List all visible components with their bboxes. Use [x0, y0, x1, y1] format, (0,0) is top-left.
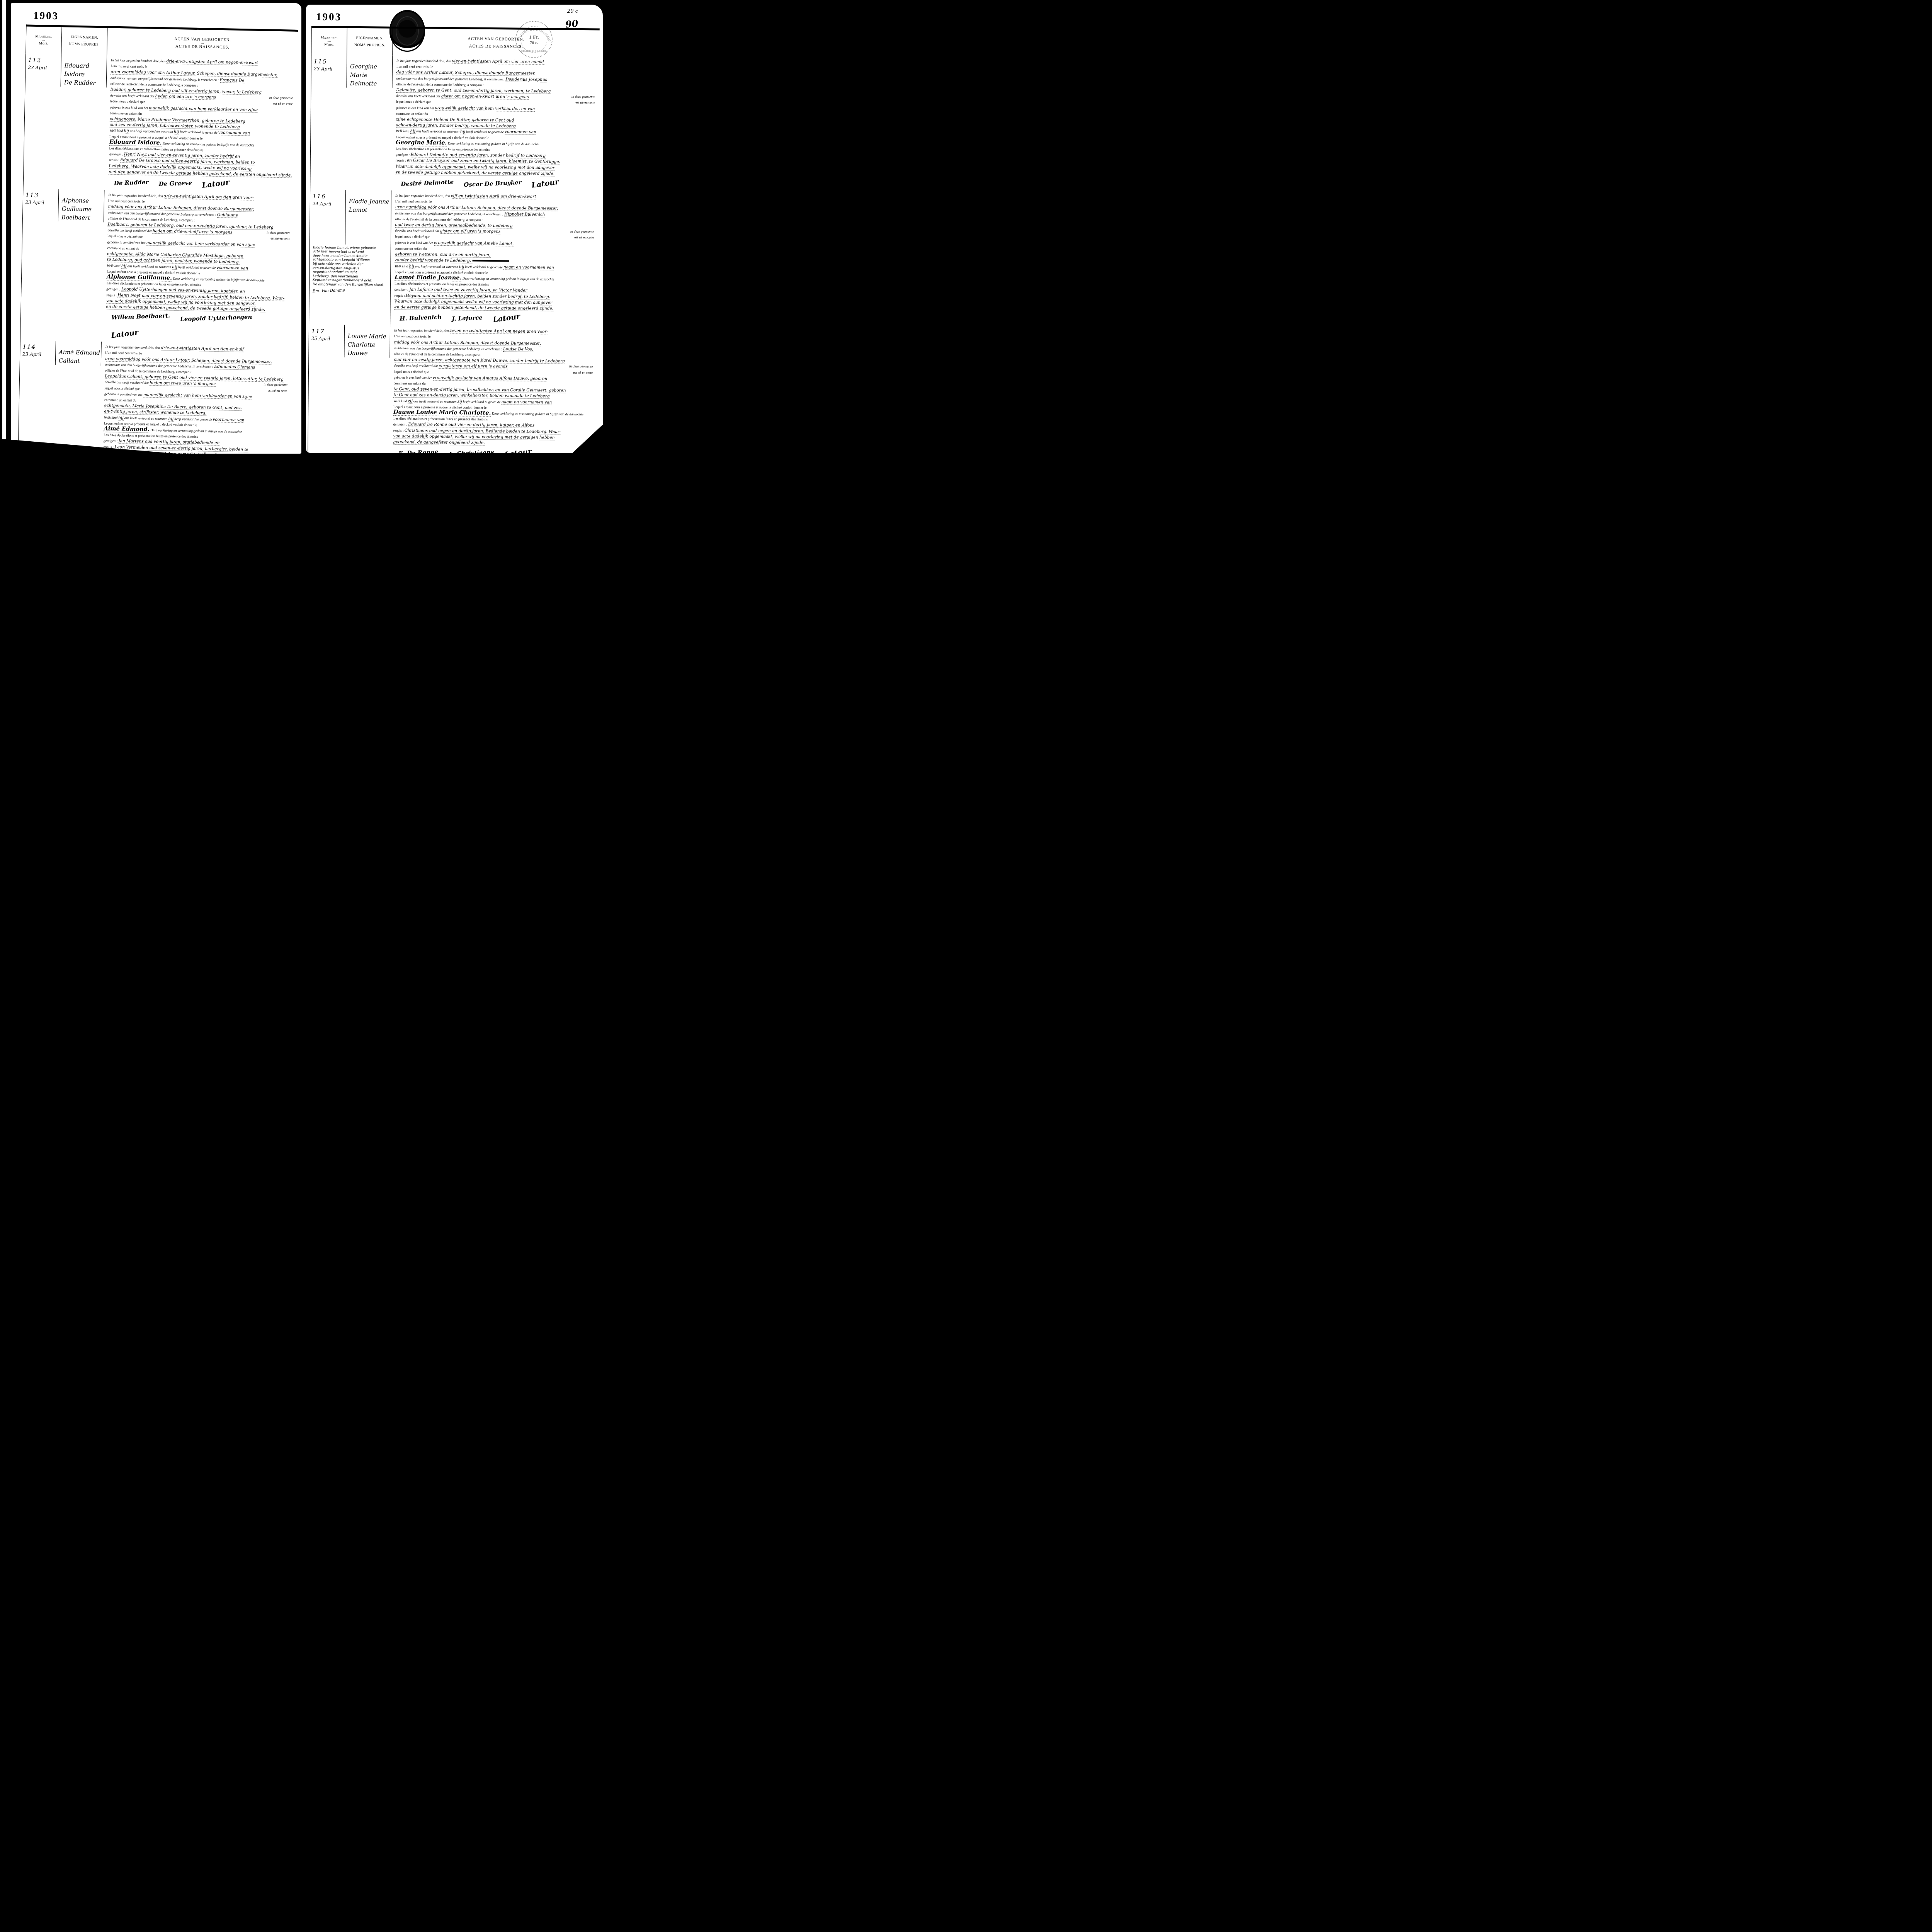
printed-french-text: requis :	[106, 293, 117, 297]
signatures-row: H. BulvenichJ. LaforceLatour	[400, 313, 594, 323]
child-name-line: De Rudder	[64, 78, 105, 87]
printed-french-text: est né en cette	[270, 236, 290, 241]
child-names-cell: Louise MarieCharlotteDauwe	[344, 325, 390, 358]
printed-french-text: Les dites déclarations et présentation f…	[393, 417, 488, 421]
printed-french-text: lequel nous a déclaré que	[105, 386, 140, 391]
child-names-cell: AlphonseGuillaumeBoelbaert	[58, 189, 105, 222]
act-number: 115	[314, 58, 346, 65]
printed-dutch-text: geboren is een kind van het	[395, 241, 434, 245]
printed-french-text: Les dites déclarations et présentation f…	[395, 282, 489, 286]
birth-act-entry: 11223 AprilEdouardIsidoreDe RudderIn het…	[23, 53, 298, 194]
act-text-cell: In het jaar negentien honderd drie, den …	[104, 55, 298, 193]
handwritten-text: voornamen van	[218, 130, 250, 136]
printed-dutch-text: in deze gemeente	[569, 364, 593, 369]
handwritten-text: hij	[118, 415, 124, 420]
printed-french-text: lequel nous a déclaré que	[394, 369, 429, 374]
ink-rule	[473, 260, 509, 262]
margin-note-signature: Em. Van Damme	[313, 287, 389, 293]
printed-dutch-text: ons heeft vertoond en waaraan	[415, 129, 460, 134]
child-name: Louise MarieCharlotteDauwe	[347, 332, 389, 358]
handwritten-text: Desiderius Josephus	[505, 77, 547, 82]
printed-dutch-text: geboren is een kind van het	[107, 240, 146, 245]
printed-french-text: commune un enfant du	[395, 247, 427, 251]
child-name: Aimé EdmondCallant	[59, 348, 100, 366]
act-number-date-cell: 11323 April	[23, 188, 59, 221]
handwritten-text: en de tweede getuige hebben geteekend, d…	[395, 170, 554, 177]
handwritten-text: vier-en-twintigsten April om vier uren n…	[452, 59, 546, 65]
column-header-acts: ACTEN VAN GEBOORTEN. — ACTES DE NAISSANC…	[393, 29, 600, 58]
act-date: 24 April	[313, 201, 345, 207]
signature: De Rudder	[114, 179, 149, 187]
printed-french-text: lequel nous a déclaré que	[395, 235, 430, 239]
signature: E. De Ronne	[398, 448, 439, 453]
child-names-cell: Aimé EdmondCallant	[56, 341, 102, 366]
printed-french-text: requis :	[109, 158, 120, 162]
printed-dutch-text: In het jaar negentien honderd drie, den	[394, 328, 450, 333]
act-text-line: geteekend, de aangeefster ongeleerd zijn…	[393, 439, 593, 447]
handwritten-text: vrouwelijk geslacht van Amelie Lamot,	[434, 240, 514, 246]
printed-dutch-text: dewelke ons heeft verklaard dat	[394, 364, 439, 368]
printed-dutch-text: ons heeft vertoond en waaraan	[414, 264, 459, 269]
signature: Latour	[111, 328, 139, 340]
printed-dutch-text: getuigen :	[104, 439, 119, 443]
handwritten-text: voornamen van	[505, 130, 536, 135]
printed-dutch-text: In het jaar negentien honderd drie, den	[395, 194, 451, 198]
printed-dutch-text: geboren is een kind van het	[110, 105, 149, 110]
register-scan: { "scan": { "table_header": { "col1_nl":…	[0, 0, 611, 457]
printed-dutch-text: getuigen :	[109, 152, 124, 156]
printed-dutch-text: dewelke ons heeft verklaard dat	[396, 94, 441, 98]
child-name-line: Louise Marie	[348, 332, 389, 341]
act-number-date-cell: 11223 April	[26, 53, 62, 87]
printed-french-text: requis :	[396, 158, 407, 162]
handwritten-text: Hippoliet Bulvenich	[504, 212, 545, 217]
printed-french-text: lequel nous a déclaré que	[396, 100, 431, 104]
printed-french-text: officier de l'état-civil de la commune d…	[395, 217, 483, 222]
signatures-row: De RudderDe GraeveLatour	[114, 178, 292, 190]
act-text-cell: In het jaar negentien honderd drie, den …	[102, 190, 295, 345]
printed-dutch-text: ambtenaar van den burgerlijkenstand der …	[394, 346, 503, 351]
printed-dutch-text: In het jaar negentien honderd drie, den	[105, 345, 161, 350]
printed-dutch-text: Deze verklaring en vertooning gedaan in …	[447, 141, 539, 146]
handwritten-text: vijf-en-twintigsten April om drie-en-kwa…	[451, 194, 536, 199]
handwritten-text: voornamen van	[216, 265, 248, 271]
printed-dutch-text: Deze verklaring en vertooning gedaan in …	[461, 276, 554, 281]
table-header: Maanden. — Mois. EIGENNAMEN. — NOMS PROP…	[26, 24, 298, 59]
printed-dutch-text: in deze gemeente	[267, 230, 291, 236]
printed-french-text: commune un enfant du	[110, 111, 142, 116]
column-header-acts: ACTEN VAN GEBOORTEN. — ACTES DE NAISSANC…	[107, 28, 298, 58]
handwritten-text: hij	[410, 129, 416, 134]
child-name-line: Aimé Edmond	[59, 348, 100, 357]
birth-act-entry: 11423 AprilAimé EdmondCallantIn het jaar…	[17, 340, 292, 454]
printed-dutch-text: heeft verklaard te geven de	[465, 130, 505, 134]
printed-french-text: L'an mil neuf cent trois, le	[111, 64, 148, 69]
printed-dutch-text: in deze gemeente	[264, 382, 287, 388]
printed-french-text: est né en cette	[573, 370, 593, 375]
printed-dutch-text: in deze gemeente	[571, 94, 595, 100]
register-page-left: 1903 Maanden. — Mois. EIGENNAMEN. — NOMS…	[11, 3, 301, 454]
handwritten-text: hij	[460, 129, 466, 134]
printed-french-text: commune un enfant du	[107, 246, 139, 250]
printed-french-text: commune un enfant du	[394, 381, 426, 386]
printed-french-text: commune un enfant du	[104, 398, 136, 402]
handwritten-text: geteekend, de aangeefster ongeleerd zijn…	[393, 440, 485, 446]
handwritten-text: zij	[408, 399, 412, 404]
child-name-line: Edouard	[64, 61, 105, 70]
signatures-row: E. De RonneA. ChristiaensLatour	[398, 448, 593, 453]
printed-dutch-text: heeft verklaard te geven de	[177, 265, 217, 270]
handwritten-text: Guillaume	[217, 213, 238, 218]
scanner-edge-strip	[2, 0, 6, 457]
handwritten-text: zonder bedrijf wonende te Ledeberg.	[395, 258, 472, 264]
column-header-names: EIGENNAMEN. — NOMS PROPRES.	[61, 27, 107, 55]
printed-french-text: est né en cette	[574, 235, 594, 240]
printed-french-text: est né en cette	[273, 101, 293, 107]
signature: Leopold Uytterhaegen	[180, 313, 252, 323]
child-name-line: Guillaume	[61, 204, 103, 214]
printed-french-text: est né en cette	[268, 388, 287, 393]
printed-dutch-text: Welk kind	[104, 415, 118, 420]
handwritten-text: Louise De Vos,	[503, 347, 533, 352]
printed-french-text: L'an mil neuf cent trois, le	[396, 65, 433, 69]
printed-dutch-text: dewelke ons heeft verklaard dat	[110, 94, 155, 98]
printed-dutch-text: Welk kind	[396, 129, 410, 133]
child-name-line: Elodie Jeanne	[349, 197, 390, 206]
handwritten-text: hij	[168, 416, 174, 421]
act-number-date-cell: 11725 April	[309, 325, 345, 357]
printed-french-text: est né en cette	[575, 100, 595, 105]
handwritten-text: zij	[457, 399, 462, 404]
printed-dutch-text: In het jaar negentien honderd drie, den	[108, 193, 164, 198]
child-name-line: Alphonse	[62, 196, 103, 205]
recognition-margin-note: Elodie Jeanne Lamot, wiens geboorteacte …	[309, 244, 391, 325]
handwritten-text: gister om elf uren 's morgens	[440, 229, 501, 234]
handwritten-text: en de eerste getuige hebben geteekend, d…	[394, 305, 553, 311]
child-name-line: Isidore	[64, 70, 105, 79]
act-text-cell: In het jaar negentien honderd drie, den …	[389, 325, 597, 453]
child-name-line: Dauwe	[347, 349, 389, 358]
birth-act-entry: 11725 AprilLouise MarieCharlotteDauweIn …	[308, 325, 597, 453]
handwritten-text: Edmundus Clemens	[214, 364, 255, 370]
printed-dutch-text: ons heeft vertoond en waaraan	[124, 416, 168, 420]
child-name-line: Delmotte	[350, 79, 391, 88]
handwritten-text: hij	[459, 264, 464, 269]
column-header-months: Maanden. — Mois.	[311, 28, 347, 55]
printed-dutch-text: geboren is een kind van het	[396, 105, 435, 110]
child-name: EdouardIsidoreDe Rudder	[64, 61, 106, 87]
act-date: 23 April	[28, 65, 60, 71]
printed-dutch-text: dewelke ons heeft verklaard dat	[107, 228, 153, 233]
printed-french-text: requis :	[395, 293, 406, 297]
printed-dutch-text: Welk kind	[395, 264, 409, 268]
act-date: 23 April	[26, 199, 58, 206]
entries-left: 11223 AprilEdouardIsidoreDe RudderIn het…	[17, 53, 298, 454]
signature: Latour	[504, 447, 532, 453]
handwritten-text: vrouwelijk geslacht van hem verklaarder,…	[435, 105, 535, 111]
scan-top-edge	[12, 2, 603, 3]
act-date: 25 April	[311, 336, 344, 342]
entries-right: 11523 AprilGeorgine MarieDelmotteIn het …	[308, 55, 599, 453]
handwritten-text: hij	[409, 264, 415, 269]
printed-french-text: L'an mil neuf cent trois, le	[108, 199, 145, 204]
act-number: 112	[28, 56, 60, 64]
handwritten-text: hij	[172, 264, 177, 269]
handwritten-text: gister om negen-en-kwart uren 's morgens	[441, 94, 529, 100]
child-name-line: Lamot	[349, 206, 390, 214]
act-number-date-cell: 11624 April	[310, 190, 346, 244]
signature: Latour	[492, 312, 520, 324]
child-names-cell: EdouardIsidoreDe Rudder	[61, 54, 107, 87]
year-heading: 1903	[33, 10, 301, 27]
child-name-line: Charlotte	[348, 340, 389, 349]
signature: J. Laforce	[452, 314, 483, 322]
printed-dutch-text: ons heeft vertoond en waaraan	[413, 399, 457, 403]
signature: Willem Boelbaert.	[111, 312, 170, 321]
printed-french-text: lequel nous a déclaré que	[107, 234, 143, 239]
printed-french-text: commune un enfant du	[396, 112, 428, 116]
child-name: Georgine MarieDelmotte	[350, 62, 391, 88]
printed-dutch-text: geboren is een kind van het	[104, 392, 143, 396]
act-date: 23 April	[314, 66, 346, 72]
printed-french-text: officier de l'état-civil de la commune d…	[396, 82, 484, 87]
act-number: 116	[313, 193, 345, 200]
printed-french-text: officier de l'état-civil de la commune d…	[394, 352, 481, 357]
register-page-right: TIMBRE DE DIMENSION 1 Fr. 70 c. DIMENSIE…	[306, 5, 603, 453]
printed-french-text: lequel nous a déclaré que	[110, 99, 145, 104]
handwritten-text: eergisteren om elf uren 's avonds	[439, 364, 507, 369]
printed-dutch-text: In het jaar negentien honderd drie, den	[111, 58, 167, 63]
printed-dutch-text: Welk kind	[107, 264, 121, 268]
signature: Desiré Delmotte	[401, 179, 454, 188]
handwritten-text: zeven-en-twintigsten April om negen uren…	[450, 328, 548, 334]
handwritten-text: hij	[174, 129, 179, 134]
printed-french-text: requis :	[393, 428, 405, 432]
act-text-cell: In het jaar negentien honderd drie, den …	[390, 190, 598, 327]
printed-dutch-text: dewelke ons heeft verklaard dat	[105, 380, 150, 385]
act-date: 23 April	[22, 351, 54, 357]
child-name-line: Georgine Marie	[350, 62, 391, 80]
column-header-months: Maanden. — Mois.	[26, 26, 62, 54]
year-heading: 1903	[316, 11, 603, 25]
printed-french-text: L'an mil neuf cent trois, le	[105, 351, 142, 355]
printed-dutch-text: heeft verklaard te geven de	[173, 417, 213, 421]
printed-dutch-text: Welk kind	[109, 129, 124, 133]
signature: H. Bulvenich	[400, 313, 442, 322]
signature: A. Christiaens	[448, 449, 494, 453]
act-number: 113	[26, 191, 58, 199]
printed-french-text: L'an mil neuf cent trois, le	[394, 334, 431, 338]
signature: Latour	[531, 178, 559, 190]
handwritten-text: François De	[219, 78, 244, 83]
printed-dutch-text: dewelke ons heeft verklaard dat	[395, 229, 440, 233]
printed-dutch-text: in deze gemeente	[269, 95, 293, 101]
margin-note-line: De ambtenaar van den Burgerlijken stand,	[313, 282, 389, 287]
handwritten-text: voornamen van	[213, 417, 245, 423]
handwritten-text: hij	[121, 264, 127, 269]
act-number: 117	[311, 328, 344, 335]
signatures-row: Desiré DelmotteOscar De BruykerLatour	[401, 178, 595, 188]
child-name-line: Boelbaert	[61, 213, 103, 222]
birth-act-entry: 11523 AprilGeorgine MarieDelmotteIn het …	[310, 55, 599, 192]
handwritten-text: hij	[124, 129, 129, 134]
printed-french-text: Les dites déclarations et présentation f…	[396, 147, 490, 151]
printed-dutch-text: In het jaar negentien honderd drie, den	[396, 59, 452, 63]
printed-french-text: L'an mil neuf cent trois, le	[395, 199, 432, 204]
printed-dutch-text: getuigen :	[395, 287, 410, 291]
printed-dutch-text: ambtenaar van den burgerlijkenstand der …	[396, 76, 506, 81]
child-name-line: Callant	[59, 356, 100, 366]
printed-dutch-text: ons heeft verklaard en waarvan	[126, 264, 172, 269]
child-names-cell: Elodie JeanneLamot	[345, 190, 391, 245]
printed-dutch-text: getuigen :	[396, 153, 411, 156]
printed-dutch-text: heeft verklaard te geven de	[462, 400, 502, 404]
child-name-handwritten: Georgine Marie.	[396, 139, 447, 146]
printed-dutch-text: Welk kind	[393, 399, 408, 403]
column-header-names: EIGENNAMEN. — NOMS PROPRES.	[347, 28, 393, 56]
printed-dutch-text: heeft verklaard te geven de	[179, 130, 218, 134]
printed-dutch-text: ons heeft vertoond en waaraan	[129, 129, 174, 134]
printed-dutch-text: ambtenaar van den burgerlijkenstand der …	[395, 211, 505, 216]
act-text-cell: In het jaar negentien honderd drie, den …	[99, 342, 292, 454]
handwritten-text: naam en voornamen van	[503, 265, 554, 270]
printed-dutch-text: heeft verklaard te geven de	[464, 265, 503, 269]
table-header: Maanden. — Mois. EIGENNAMEN. — NOMS PROP…	[311, 26, 600, 58]
printed-dutch-text: in deze gemeente	[570, 229, 594, 235]
signatures-row: Willem Boelbaert.Leopold UytterhaegenLat…	[111, 313, 289, 342]
child-names-cell: Georgine MarieDelmotte	[347, 55, 393, 88]
act-number-date-cell: 11523 April	[311, 55, 347, 88]
signature: Latour	[201, 178, 230, 190]
printed-dutch-text: Deze verklaring en vertooning gedaan in …	[491, 412, 584, 416]
signature: De Graeve	[158, 180, 192, 188]
printed-dutch-text: getuigen :	[106, 287, 121, 291]
signature: Oscar De Bruyker	[464, 179, 522, 188]
handwritten-text: naam en voornamen van	[501, 400, 552, 405]
child-name: Elodie JeanneLamot	[349, 197, 390, 214]
act-text-line: en de eerste getuige hebben geteekend, d…	[394, 304, 594, 312]
child-name: AlphonseGuillaumeBoelbaert	[61, 196, 103, 222]
act-number-date-cell: 11423 April	[20, 340, 56, 365]
printed-dutch-text: geboren is een kind van het	[394, 376, 433, 380]
birth-act-entry: 11624 AprilElodie JeanneLamotIn het jaar…	[309, 190, 598, 327]
act-text-line: en de tweede getuige hebben geteekend, d…	[395, 169, 595, 177]
birth-act-entry: 11323 AprilAlphonseGuillaumeBoelbaertIn …	[20, 188, 295, 345]
act-text-cell: In het jaar negentien honderd drie, den …	[391, 56, 599, 192]
handwritten-text: vrouwelijk geslacht van Amatus Alfons Da…	[432, 375, 547, 381]
printed-dutch-text: getuigen :	[393, 422, 408, 426]
act-number: 114	[22, 343, 54, 351]
